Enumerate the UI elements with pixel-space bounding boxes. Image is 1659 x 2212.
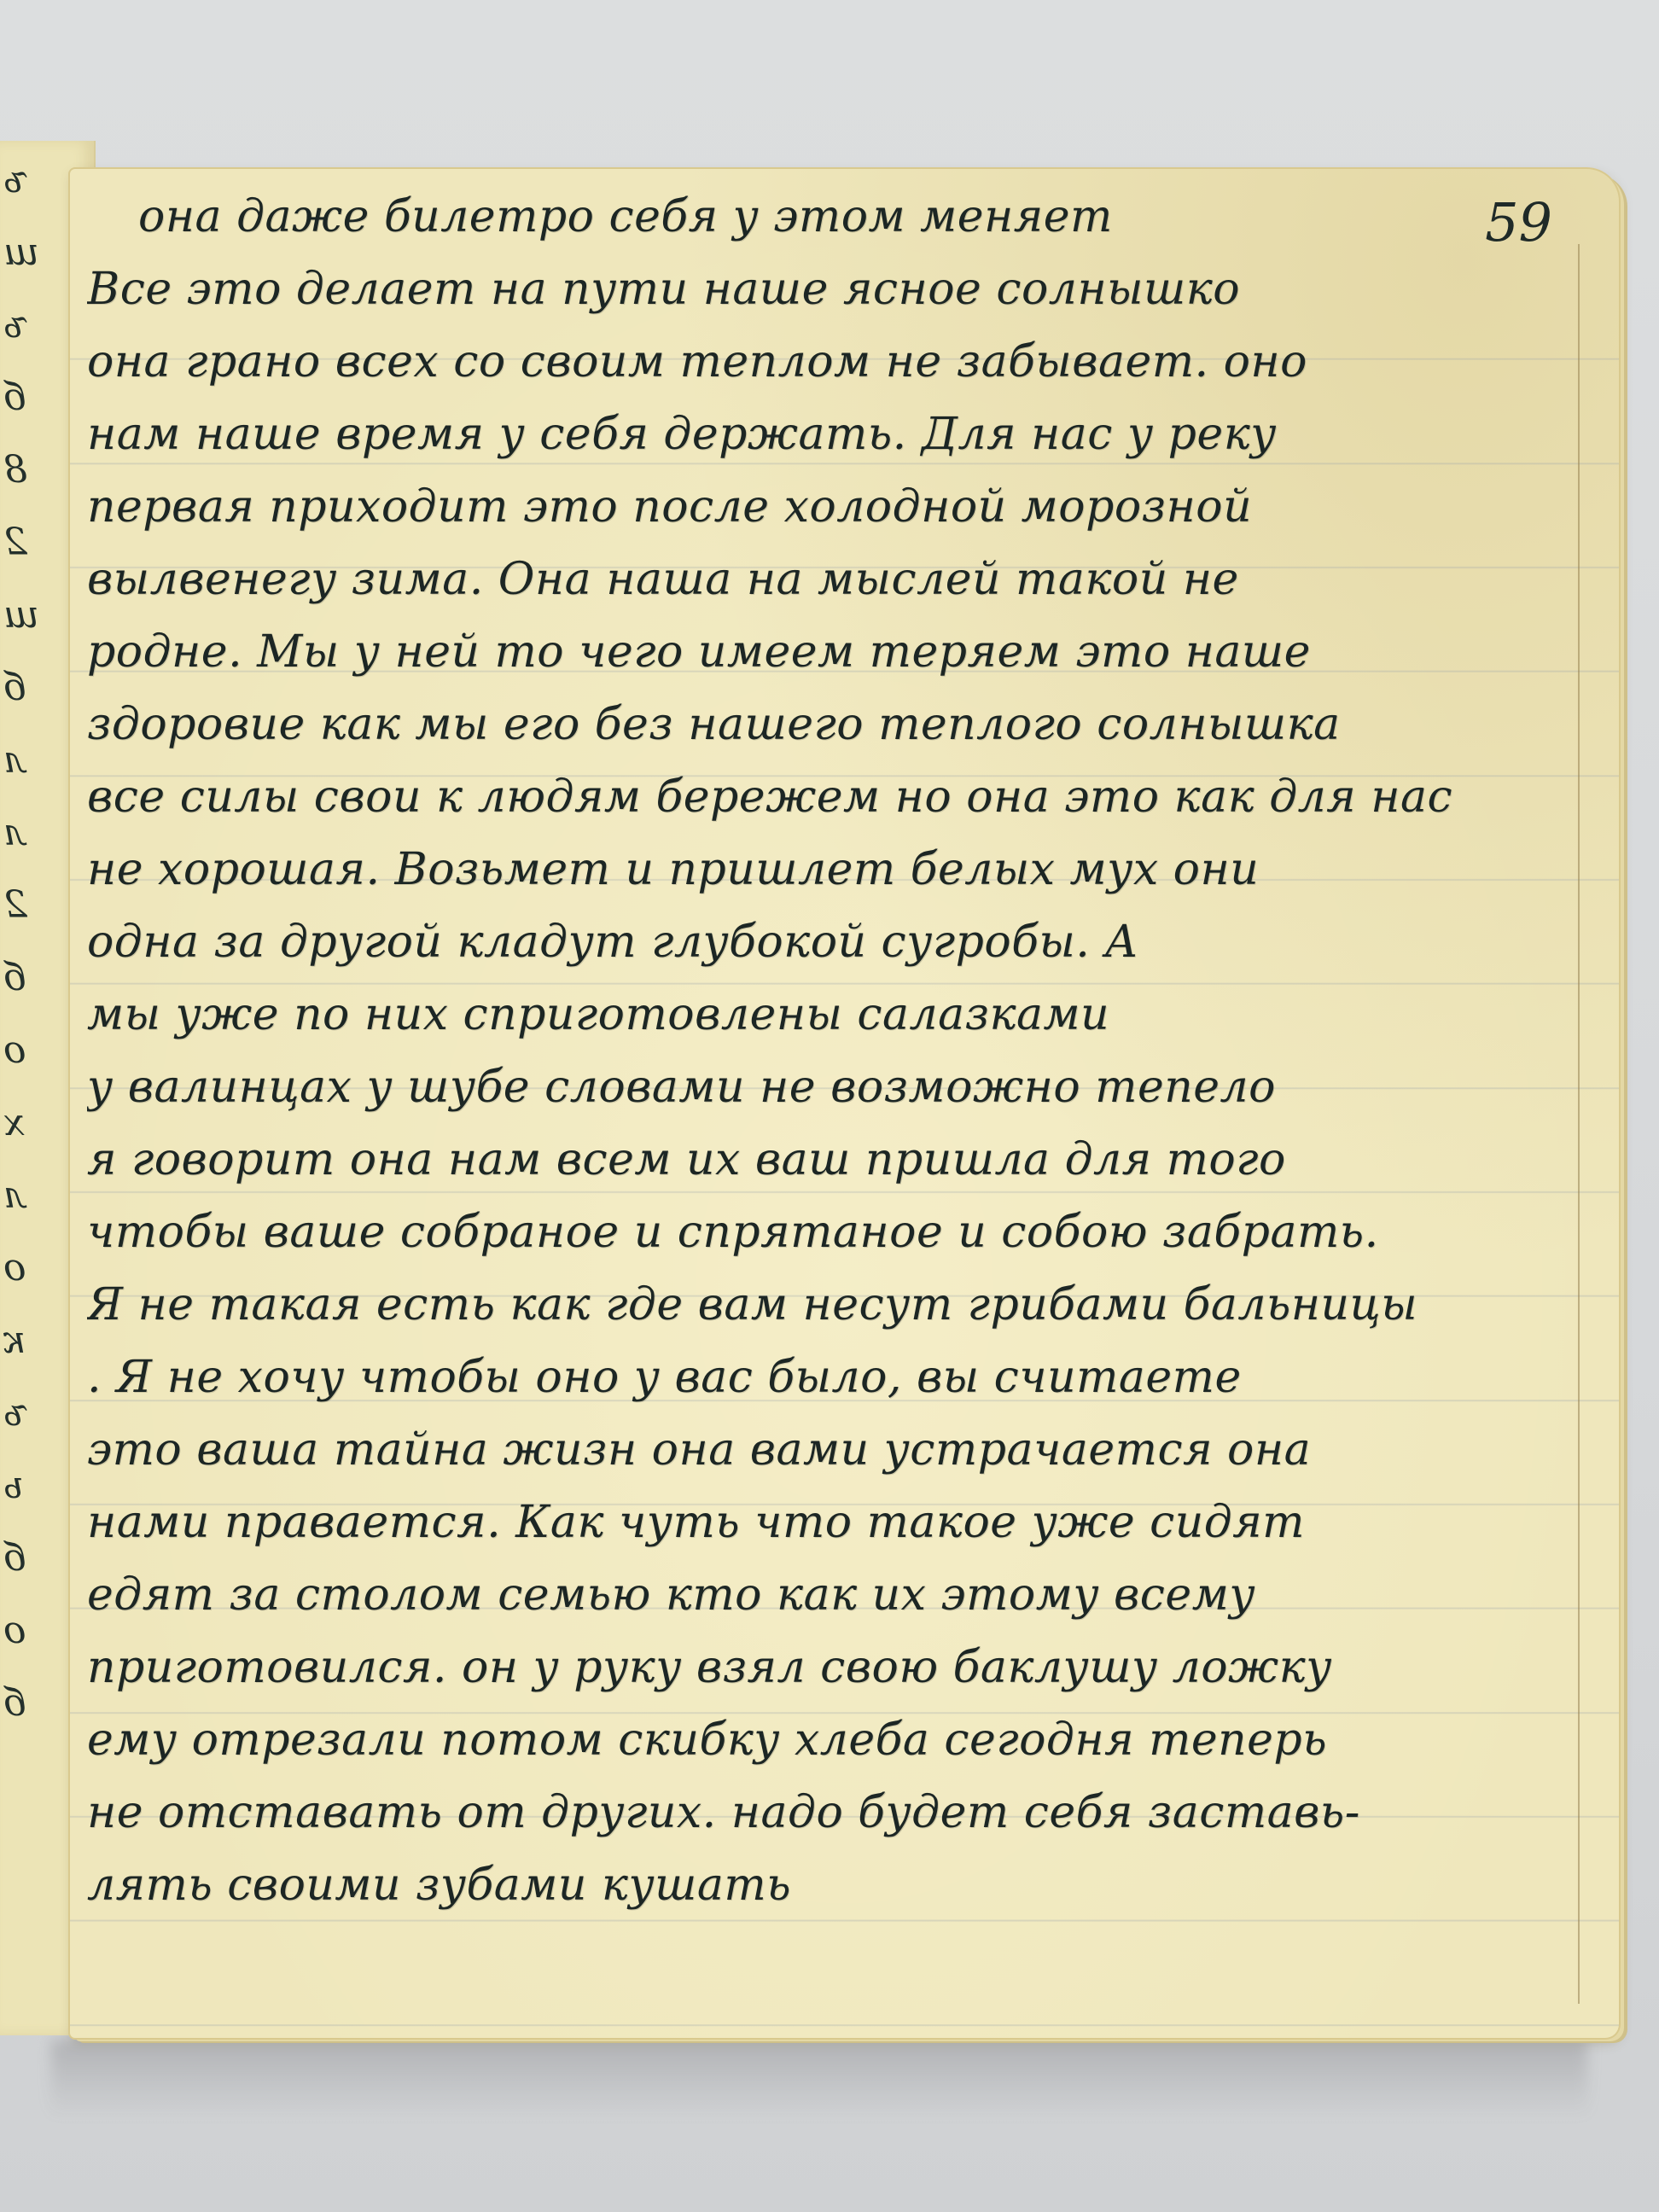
text-line: здоровие как мы его без нашего теплого с…: [87, 689, 1542, 761]
text-line: нами правается. Как чуть что такое уже с…: [87, 1487, 1542, 1559]
text-line: не хорошая. Возьмет и пришлет белых мух …: [87, 834, 1542, 906]
prev-page-fragment: о: [3, 1028, 26, 1072]
text-line: я говорит она нам всем их ваш пришла для…: [87, 1124, 1542, 1196]
text-line: . Я не хочу чтобы оно у вас было, вы счи…: [87, 1342, 1542, 1414]
prev-page-fragment: л: [3, 811, 27, 854]
prev-page-fragment: о: [3, 1609, 26, 1652]
prev-page-fragment: б: [3, 375, 26, 419]
text-line: мы уже по них сприготовлены салазками: [87, 979, 1542, 1051]
handwritten-text-body: она даже билетро себя у этом меняет Все …: [87, 181, 1542, 1922]
text-line: вылвенегу зима. Она наша на мыслей такой…: [87, 544, 1542, 616]
text-line: Все это делает на пути наше ясное солныш…: [87, 253, 1542, 326]
text-line: лять своими зубами кушать: [87, 1849, 1542, 1922]
prev-page-fragment: о: [3, 1246, 26, 1289]
prev-page-fragment: ъ: [3, 1391, 28, 1435]
right-margin-line: [1578, 244, 1580, 2004]
prev-page-fragment: ъ: [3, 303, 28, 346]
text-line: Я не такая есть как где вам несут грибам…: [87, 1269, 1542, 1342]
text-line: нам наше время у себя держать. Для нас у…: [87, 399, 1542, 471]
text-line: не отставать от других. надо будет себя …: [87, 1777, 1542, 1849]
prev-page-fragment: ь: [3, 1464, 24, 1507]
text-line: она грано всех со своим теплом не забыва…: [87, 326, 1542, 399]
prev-page-fragment: ш: [3, 230, 39, 274]
prev-page-fragment: к: [3, 1318, 26, 1362]
text-line: одна за другой кладут глубокой сугробы. …: [87, 906, 1542, 979]
prev-page-fragment: х: [3, 1101, 25, 1144]
text-line: приготовился. он у руку взял свою баклуш…: [87, 1632, 1542, 1704]
text-line: первая приходит это после холодной мороз…: [87, 471, 1542, 544]
prev-page-fragment: л: [3, 1173, 27, 1217]
prev-page-fragment: л: [3, 738, 27, 782]
prev-page-fragment: б: [3, 1681, 26, 1725]
prev-page-fragment: 2: [3, 521, 27, 564]
prev-page-fragment: 2: [3, 883, 27, 927]
text-line: едят за столом семью кто как их этому вс…: [87, 1559, 1542, 1632]
text-line: родне. Мы у ней то чего имеем теряем это…: [87, 616, 1542, 689]
prev-page-fragment: б: [3, 666, 26, 709]
prev-page-fragment: б: [3, 1536, 26, 1580]
prev-page-fragment: 8: [3, 448, 27, 492]
prev-page-fragment: ш: [3, 593, 39, 637]
prev-page-fragment: ъ: [3, 158, 28, 201]
text-line: ему отрезали потом скибку хлеба сегодня …: [87, 1704, 1542, 1777]
notebook-page: 59 она даже билетро себя у этом меняет В…: [70, 169, 1619, 2038]
prev-page-fragment: б: [3, 956, 26, 999]
text-line: все силы свои к людям бережем но она это…: [87, 761, 1542, 834]
text-line: она даже билетро себя у этом меняет: [138, 181, 1542, 253]
text-line: чтобы ваше собраное и спрятаное и собою …: [87, 1196, 1542, 1269]
text-line: это ваша тайна жизн она вами устрачается…: [87, 1414, 1542, 1487]
notebook-shadow: [51, 2040, 1587, 2116]
text-line: у валинцах у шубе словами не возможно те…: [87, 1051, 1542, 1124]
